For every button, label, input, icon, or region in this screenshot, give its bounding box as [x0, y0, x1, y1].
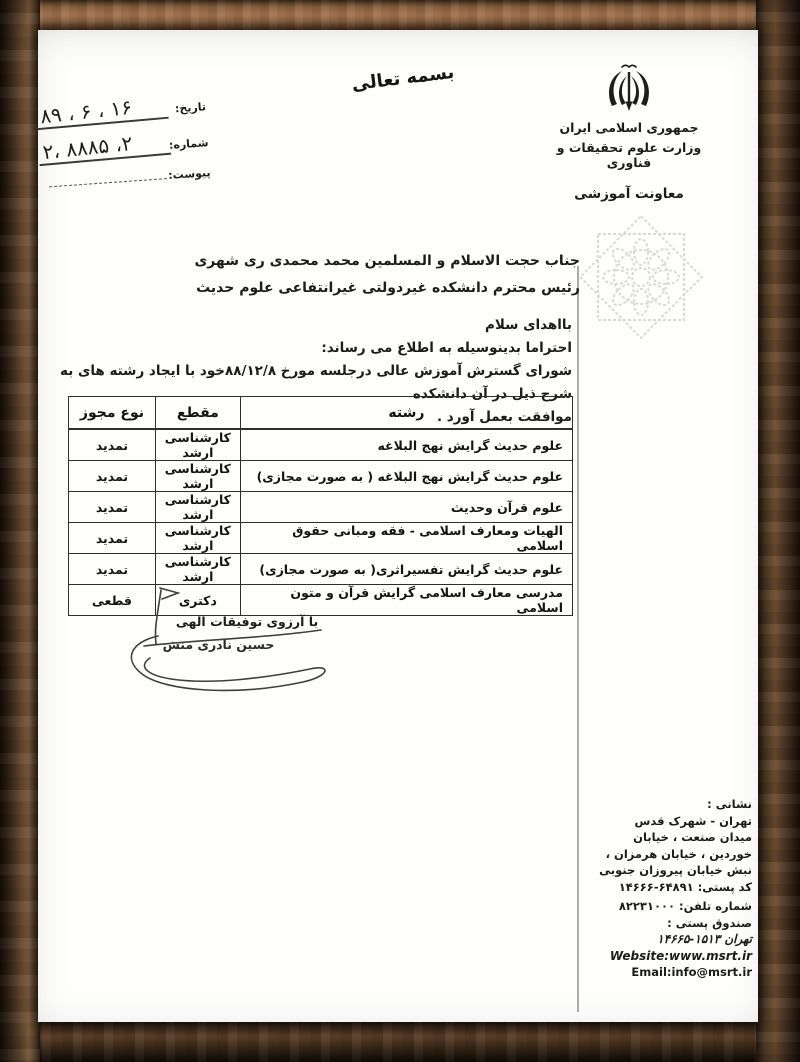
cell-permit: تمدید	[69, 523, 156, 554]
contact-line: کد پستی: ۶۴۸۹۱-۱۴۶۶۶	[542, 879, 752, 896]
contact-line: تهران ۱۵۱۳-۱۴۶۶۵	[542, 931, 752, 948]
letterhead-block: جمهوری اسلامی ایران وزارت علوم تحقیقات و…	[543, 64, 715, 202]
cell-field: علوم قرآن وحدیث	[240, 492, 572, 523]
column-header-level: مقطع	[155, 397, 240, 430]
body-line1: احتراما بدینوسیله به اطلاع می رساند:	[44, 337, 572, 360]
cell-level: کارشناسی ارشد	[155, 461, 240, 492]
signature-block: با آرزوی توفیقات الهی حسین نادری منش	[116, 584, 351, 716]
recipient-block: جناب حجت الاسلام و المسلمین محمد محمدی ر…	[194, 248, 580, 302]
contact-line: شماره تلفن: ۸۲۲۳۱۰۰۰	[542, 898, 752, 915]
org-name-line1: جمهوری اسلامی ایران	[543, 120, 715, 135]
table-header-row: رشته مقطع نوع مجوز	[69, 397, 573, 430]
contact-line: خوردین ، خیابان هرمزان ،	[542, 846, 752, 863]
contact-line: Website:www.msrt.ir	[542, 948, 752, 965]
frame-right	[756, 0, 800, 1062]
attachment-label: پیوست:	[168, 166, 211, 182]
recipient-name: جناب حجت الاسلام و المسلمین محمد محمدی ر…	[194, 248, 580, 275]
iran-emblem-icon	[605, 64, 653, 116]
cell-field: علوم حدیث گرایش نهج البلاغه	[240, 429, 572, 461]
cell-field: علوم حدیث گرایش نهج البلاغه ( به صورت مج…	[240, 461, 572, 492]
cell-permit: تمدید	[69, 554, 156, 585]
cell-level: کارشناسی ارشد	[155, 492, 240, 523]
framed-letter-photo: بسمه تعالی جمهوری اسلامی ایران وزارت علو…	[0, 0, 800, 1062]
frame-top	[0, 0, 800, 34]
table-row: علوم قرآن وحدیث کارشناسی ارشد تمدید	[69, 492, 573, 523]
cell-field: علوم حدیث گرایش تفسیراثری( به صورت مجازی…	[240, 554, 572, 585]
table-row: علوم حدیث گرایش نهج البلاغه ( به صورت مج…	[69, 461, 573, 492]
body-salutation: بااهدای سلام	[44, 314, 572, 337]
date-label: تاریخ:	[175, 100, 207, 115]
signature-wish: با آرزوی توفیقات الهی	[151, 614, 343, 629]
column-header-field: رشته	[240, 397, 572, 430]
cell-level: کارشناسی ارشد	[155, 523, 240, 554]
cell-permit: تمدید	[69, 492, 156, 523]
programs-table: رشته مقطع نوع مجوز علوم حدیث گرایش نهج ا…	[68, 396, 573, 616]
cell-permit: تمدید	[69, 461, 156, 492]
letter-meta-block: ۸۹ ، ۶ ، ۱۶ تاریخ: ۲، ۸۸۸۵ ،۲ شماره: پیو…	[35, 82, 214, 196]
ornamental-seal-icon	[566, 200, 716, 355]
cell-level: کارشناسی ارشد	[155, 429, 240, 461]
table-row: الهیات ومعارف اسلامی - فقه ومبانی حقوق ا…	[69, 523, 573, 554]
cell-permit: تمدید	[69, 429, 156, 461]
frame-left	[0, 0, 40, 1062]
cell-field: الهیات ومعارف اسلامی - فقه ومبانی حقوق ا…	[240, 523, 572, 554]
org-name-line2: وزارت علوم تحقیقات و فناوری	[543, 140, 715, 170]
column-header-permit: نوع مجوز	[69, 397, 156, 430]
contact-line: تهران - شهرک قدس	[542, 813, 752, 830]
cell-level: کارشناسی ارشد	[155, 554, 240, 585]
contact-line: نبش خیابان پیروزان جنوبی	[542, 862, 752, 879]
contact-line: Email:info@msrt.ir	[542, 964, 752, 981]
contact-lines: نشانی : تهران - شهرک قدس میدان صنعت ، خی…	[542, 796, 752, 981]
frame-bottom	[0, 1020, 800, 1062]
recipient-title: رئیس محترم دانشکده غیردولتی غیرانتفاعی ع…	[194, 275, 580, 302]
contact-line: صندوق پستی :	[542, 915, 752, 932]
contact-line: نشانی :	[542, 796, 752, 813]
table-row: علوم حدیث گرایش تفسیراثری( به صورت مجازی…	[69, 554, 573, 585]
attachment-dashed-line	[49, 178, 167, 187]
letter-paper: بسمه تعالی جمهوری اسلامی ایران وزارت علو…	[38, 30, 758, 1022]
number-label: شماره:	[169, 136, 209, 152]
table-row: علوم حدیث گرایش نهج البلاغه کارشناسی ارش…	[69, 429, 573, 461]
contact-line: میدان صنعت ، خیابان	[542, 829, 752, 846]
bismillah-calligraphy: بسمه تعالی	[332, 60, 474, 98]
signatory-name: حسین نادری منش	[134, 637, 303, 652]
contact-block: نشانی : تهران - شهرک قدس میدان صنعت ، خی…	[542, 796, 752, 981]
